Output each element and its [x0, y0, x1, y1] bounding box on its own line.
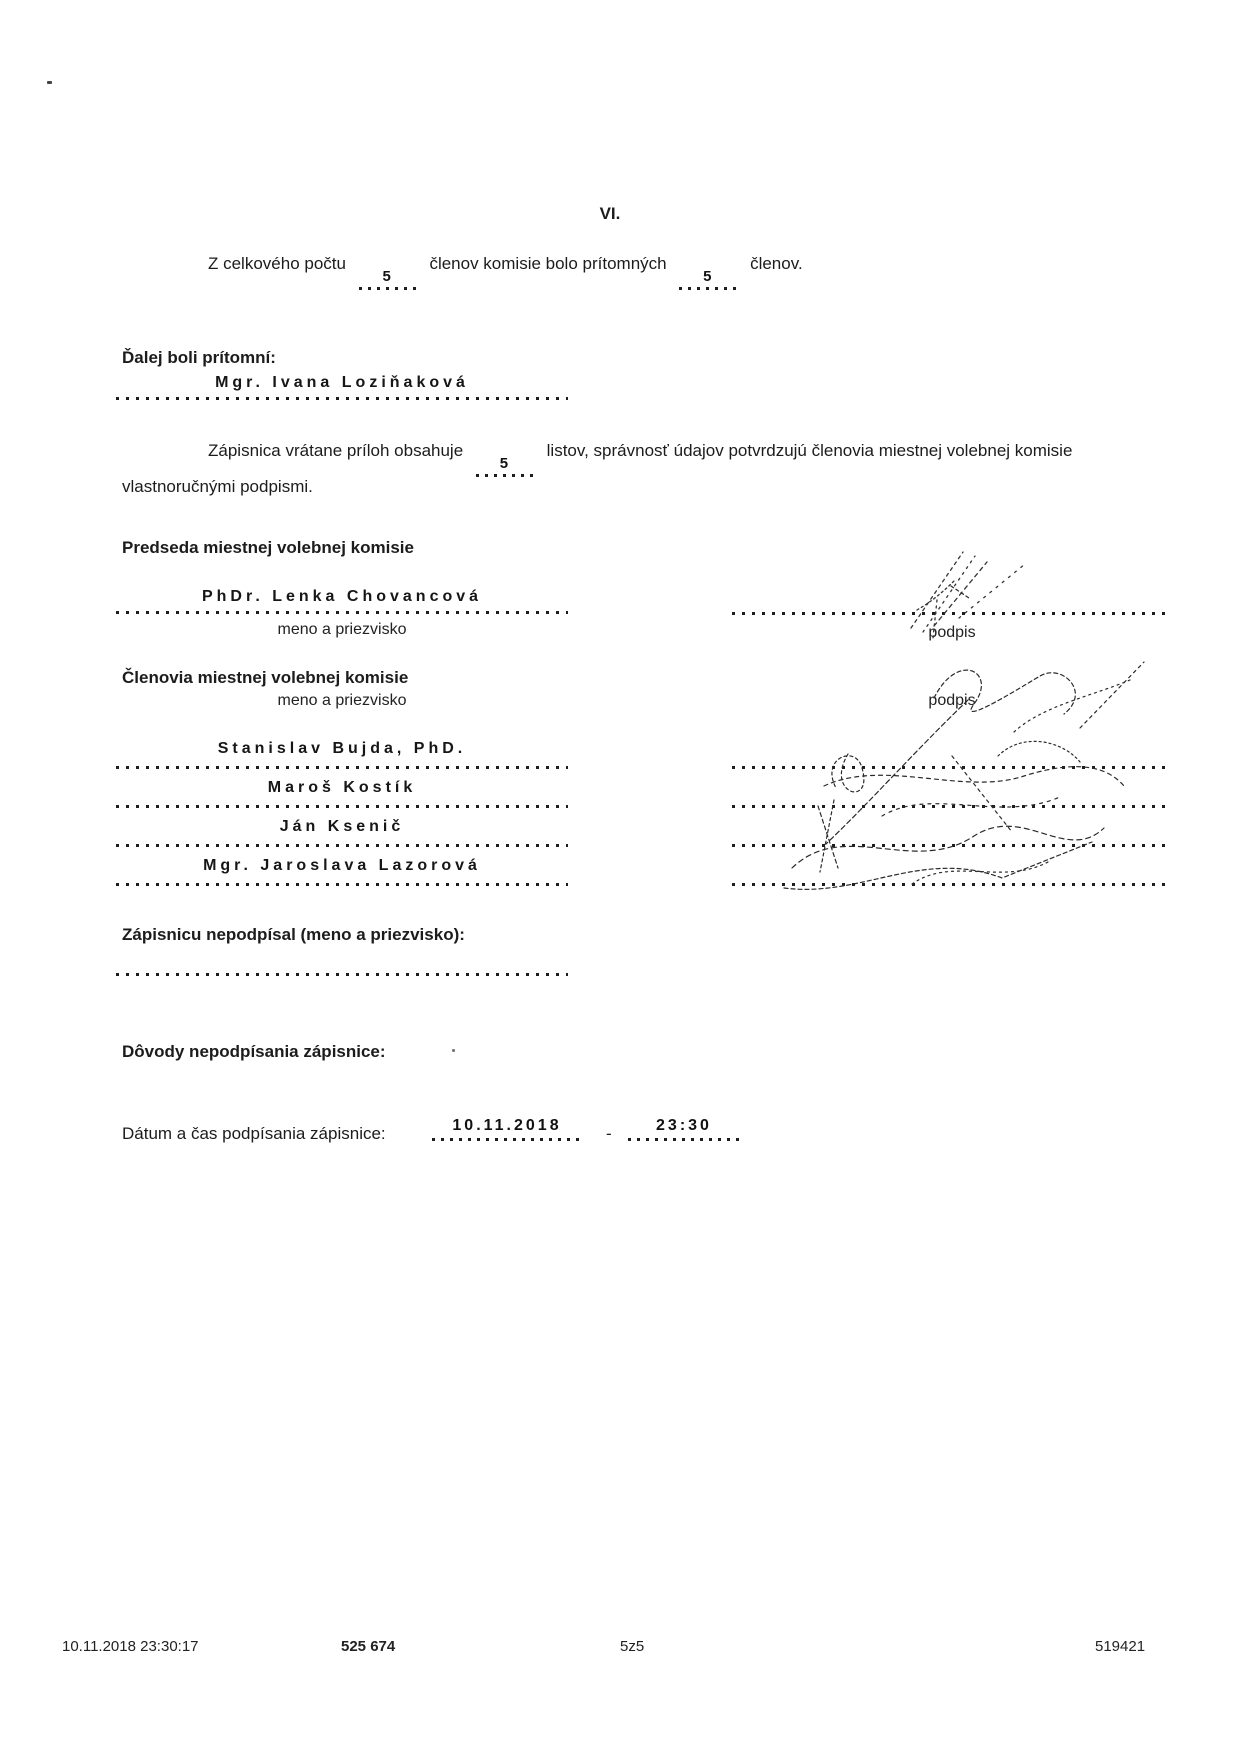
member-name: Ján Ksenič: [116, 818, 568, 836]
attachments-line1: Zápisnica vrátane príloh obsahuje 5 list…: [208, 441, 1072, 477]
scan-speck: [452, 1049, 455, 1052]
footer-timestamp: 10.11.2018 23:30:17: [62, 1638, 199, 1655]
scanned-protocol-page: VI. Z celkového počtu 5 členov komisie b…: [0, 0, 1240, 1752]
members-signatures: [762, 636, 1172, 906]
dotted-line: [116, 973, 568, 976]
dotted-blank: [432, 1138, 582, 1141]
signing-date-value: 10.11.2018: [432, 1117, 582, 1134]
chairman-signature: [893, 540, 1063, 640]
attendance-present-value: 5: [679, 269, 737, 284]
also-present-name-block: Mgr. Ivana Loziňaková: [116, 374, 568, 400]
dotted-line: [116, 397, 568, 400]
attachments-sheets-value: 5: [476, 456, 534, 471]
signing-datetime-label: Dátum a čas podpísania zápisnice:: [122, 1124, 386, 1144]
member-name: Maroš Kostík: [116, 779, 568, 797]
attendance-total-blank: 5: [359, 269, 417, 290]
attendance-part1: Z celkového počtu: [208, 254, 346, 273]
attachments-sheets-blank: 5: [476, 456, 534, 477]
signing-time-value: 23:30: [628, 1117, 740, 1134]
reasons-heading: Dôvody nepodpísania zápisnice:: [122, 1042, 386, 1062]
members-name-label: meno a priezvisko: [116, 692, 568, 710]
section-number: VI.: [560, 204, 660, 224]
dotted-blank: [679, 287, 737, 290]
signing-datetime-separator: -: [606, 1124, 612, 1144]
not-signed-heading: Zápisnicu nepodpísal (meno a priezvisko)…: [122, 925, 465, 945]
attendance-part3: členov.: [750, 254, 803, 273]
also-present-heading: Ďalej boli prítomní:: [122, 348, 276, 368]
members-heading: Členovia miestnej volebnej komisie: [122, 668, 408, 688]
dotted-blank: [476, 474, 534, 477]
dotted-line: [116, 611, 568, 614]
member-name: Stanislav Bujda, PhD.: [116, 740, 568, 758]
footer-number: 525 674: [341, 1638, 395, 1655]
chairman-name: PhDr. Lenka Chovancová: [116, 588, 568, 606]
also-present-name: Mgr. Ivana Loziňaková: [116, 374, 568, 392]
attendance-part2: členov komisie bolo prítomných: [429, 254, 666, 273]
footer-code: 519421: [1095, 1638, 1145, 1655]
signing-time-blank: 23:30: [628, 1117, 740, 1141]
dotted-blank: [359, 287, 417, 290]
attendance-sentence: Z celkového počtu 5 členov komisie bolo …: [208, 254, 803, 290]
scan-speck: [47, 81, 52, 84]
dotted-line: [116, 766, 568, 769]
member-name: Mgr. Jaroslava Lazorová: [116, 857, 568, 875]
footer-page-indicator: 5z5: [620, 1638, 644, 1655]
dotted-line: [116, 883, 568, 886]
chairman-heading: Predseda miestnej volebnej komisie: [122, 538, 414, 558]
attachments-part1: Zápisnica vrátane príloh obsahuje: [208, 441, 463, 460]
signing-date-blank: 10.11.2018: [432, 1117, 582, 1141]
attendance-total-value: 5: [359, 269, 417, 284]
dotted-line: [116, 805, 568, 808]
attendance-present-blank: 5: [679, 269, 737, 290]
attachments-line2: vlastnoručnými podpismi.: [122, 477, 313, 497]
attachments-part2: listov, správnosť údajov potvrdzujú člen…: [547, 441, 1073, 460]
chairman-name-label: meno a priezvisko: [116, 621, 568, 639]
dotted-line: [116, 844, 568, 847]
chairman-name-block: PhDr. Lenka Chovancová meno a priezvisko: [116, 588, 568, 639]
dotted-blank: [628, 1138, 740, 1141]
